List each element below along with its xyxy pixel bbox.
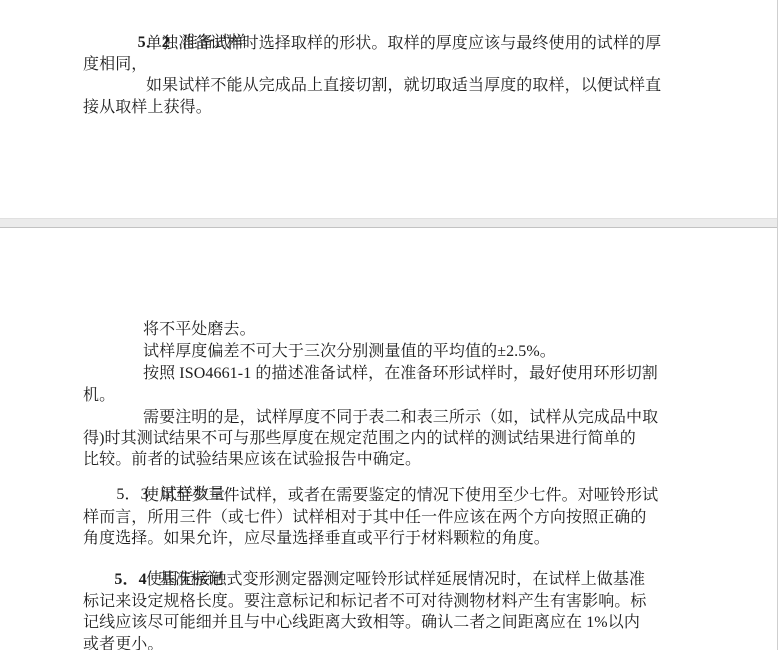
text-line: 使用至少三件试样，或者在需要鉴定的情况下使用至少七件。对哑铃形试: [143, 485, 658, 506]
text-line: 度相同，: [83, 54, 147, 75]
text-line: 机。: [83, 385, 115, 406]
text-line: 接从取样上获得。: [83, 97, 212, 118]
text-line: 试样厚度偏差不可大于三次分别测量值的平均值的±2.5%。: [143, 341, 556, 362]
text-line: 或者更小。: [83, 634, 164, 650]
text-line: 单独准备试样时选择取样的形状。取样的厚度应该与最终使用的试样的厚: [146, 33, 661, 54]
text-line: 得)时其测试结果不可与那些厚度在规定范围之内的试样的测试结果进行简单的: [83, 428, 636, 449]
text-line: 需要注明的是，试样厚度不同于表二和表三所示（如，试样从完成品中取: [143, 407, 658, 428]
page-1: 5．2准备试样 单独准备试样时选择取样的形状。取样的厚度应该与最终使用的试样的厚…: [0, 0, 778, 218]
page-gap: [0, 218, 778, 228]
section-number: 5．4: [114, 571, 146, 588]
text-line: 如果试样不能从完成品上直接切割，就切取适当厚度的取样，以便试样直: [146, 75, 661, 96]
text-line: 角度选择。如果允许，应尽量选择垂直或平行于材料颗粒的角度。: [83, 528, 550, 549]
text-line: 使用无接触式变形测定器测定哑铃形试样延展情况时，在试样上做基准: [146, 569, 645, 590]
document-viewer: 5．2准备试样 单独准备试样时选择取样的形状。取样的厚度应该与最终使用的试样的厚…: [0, 0, 782, 650]
page-edge-line: [777, 0, 778, 650]
text-line: 将不平处磨去。: [143, 319, 256, 340]
text-line: 样而言，所用三件（或七件）试样相对于其中任一件应该在两个方向按照正确的: [83, 507, 647, 528]
text-line: 按照 ISO4661-1 的描述准备试样，在准备环形试样时，最好使用环形切割: [143, 363, 658, 384]
text-line: 记线应该尽可能细并且与中心线距离大致相等。确认二者之间距离应在 1%以内: [83, 612, 640, 633]
text-line: 标记来设定规格长度。要注意标记和标记者不可对待测物材料产生有害影响。标: [83, 591, 647, 612]
